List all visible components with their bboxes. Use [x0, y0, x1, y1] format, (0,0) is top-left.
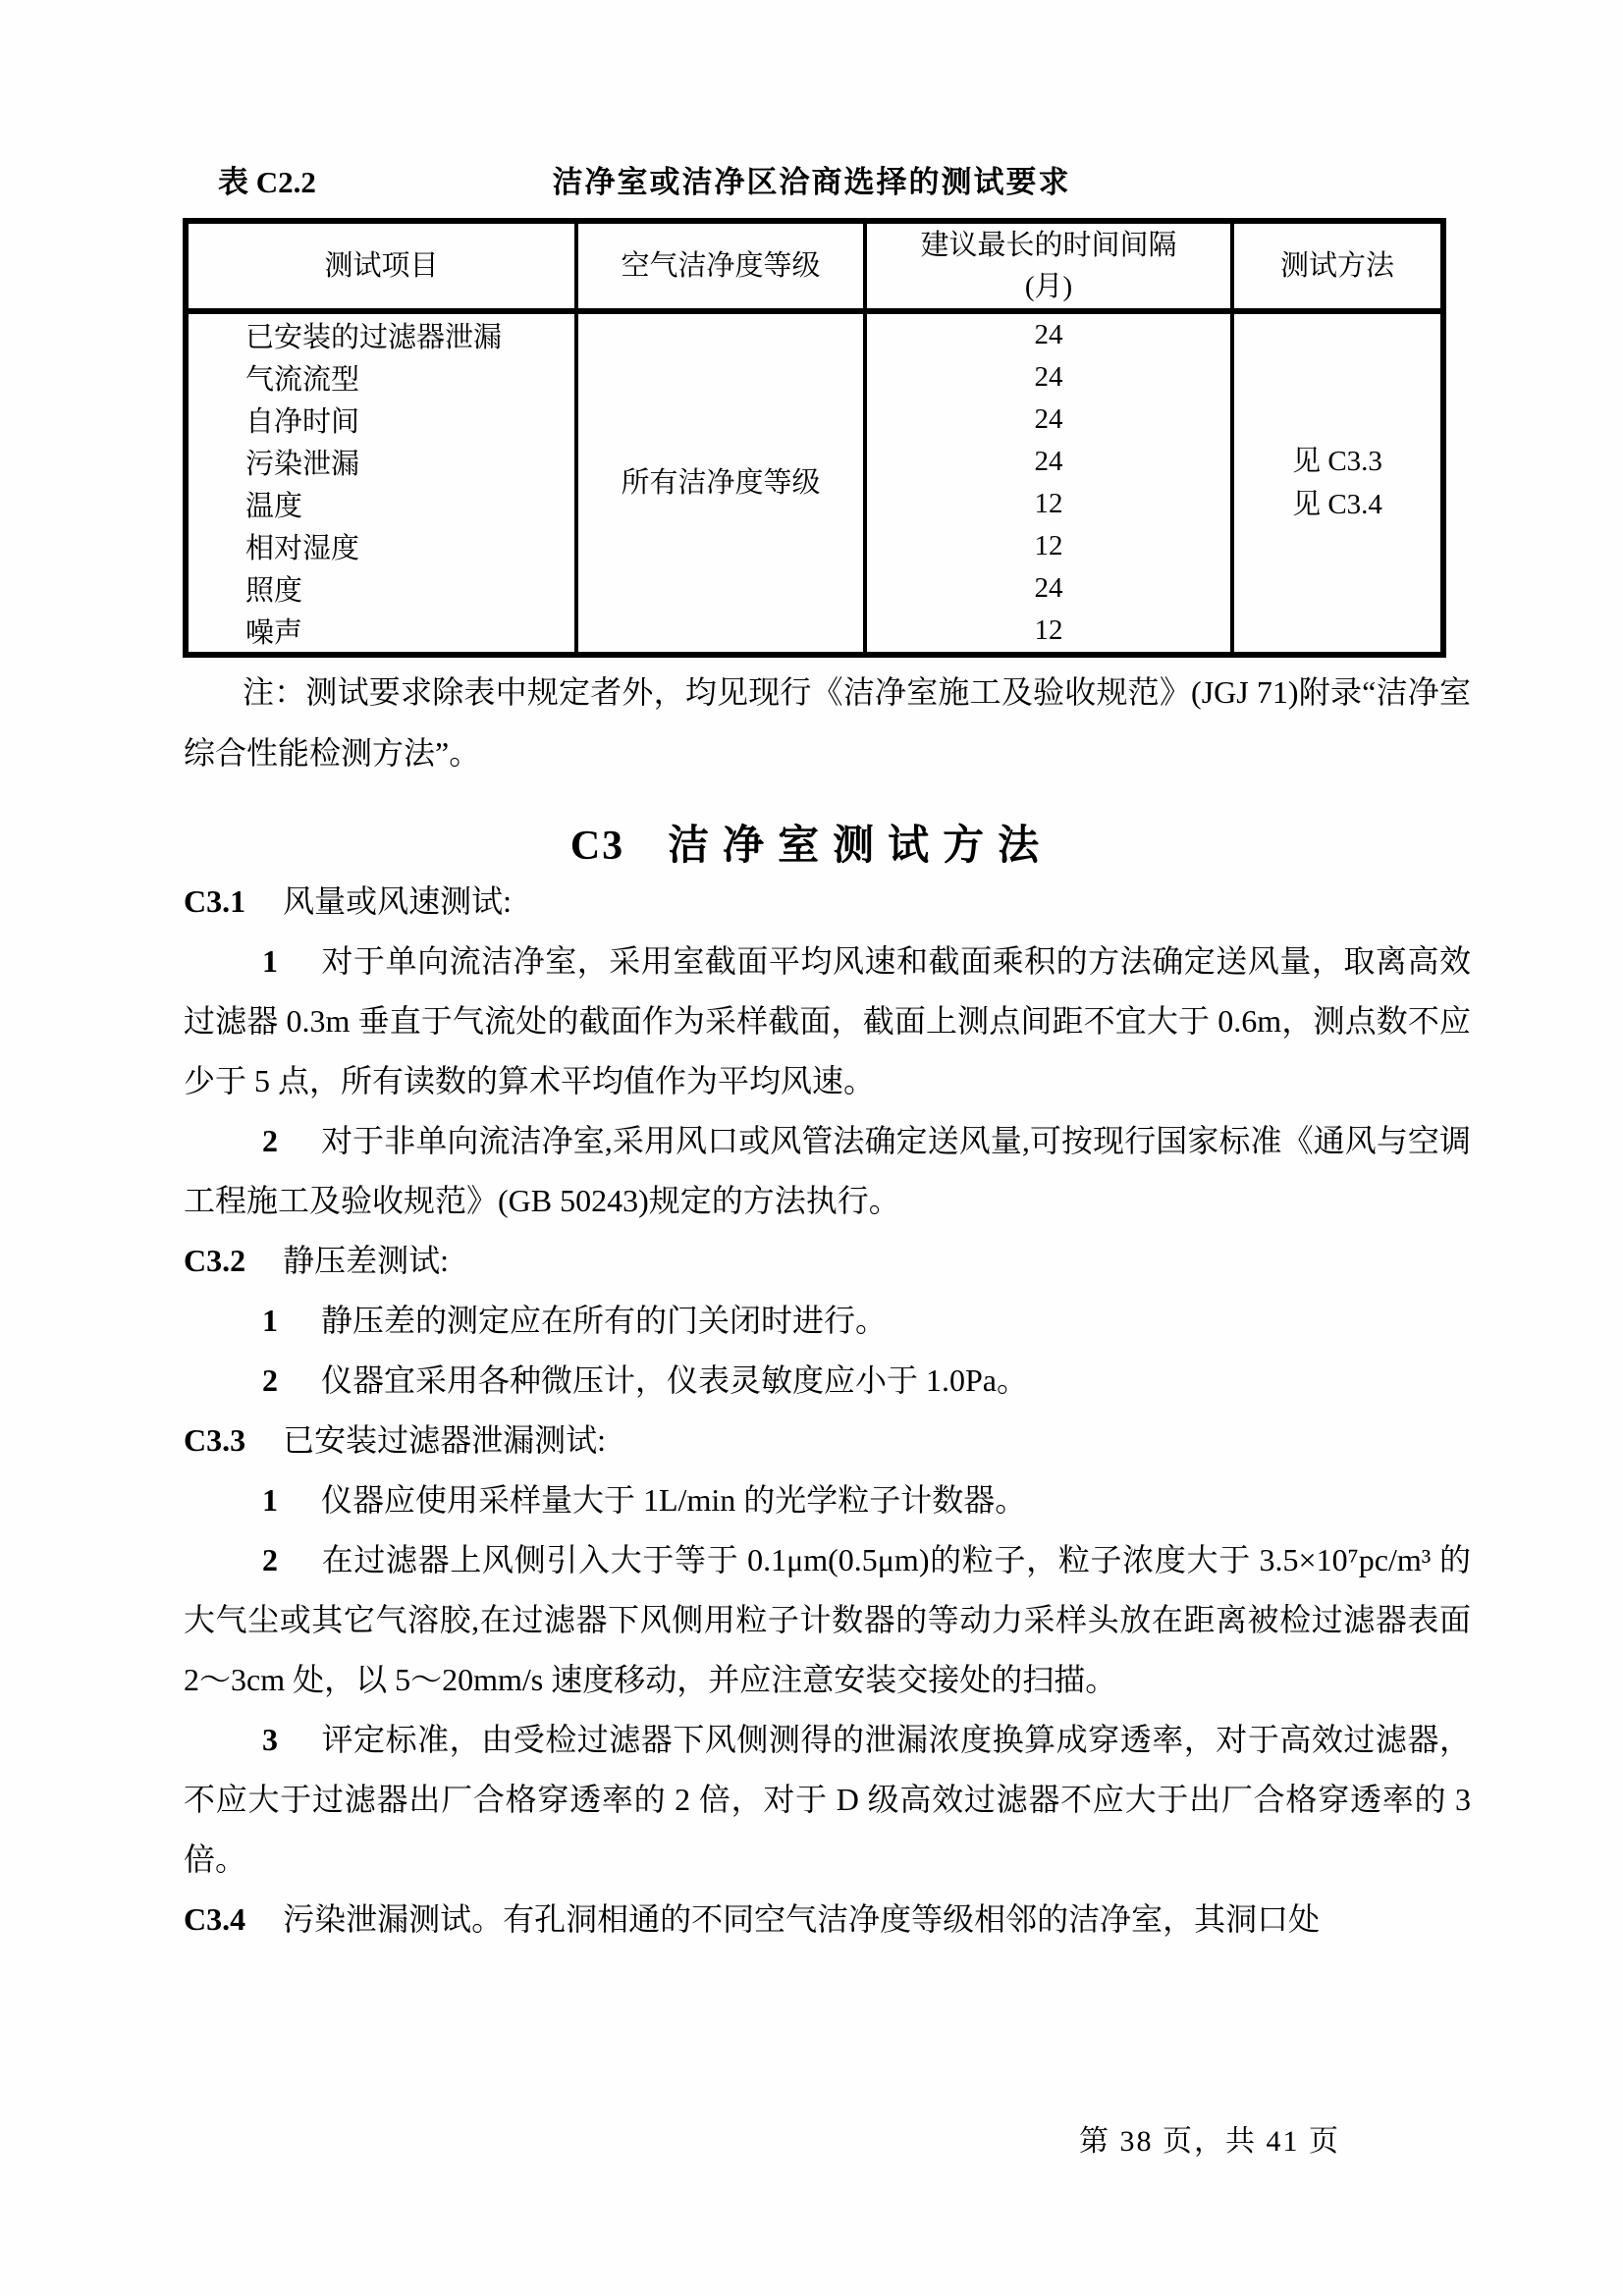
cell-interval: 12 [865, 525, 1232, 567]
paragraph-label: C3.1 [184, 883, 245, 919]
table-title: 洁净室或洁净区洽商选择的测试要求 [183, 157, 1440, 201]
cell-item: 相对湿度 [186, 525, 576, 567]
paragraph-label: 1 [262, 1303, 278, 1338]
paragraph-text: 仪器宜采用各种微压计，仪表灵敏度应小于 1.0Pa。 [321, 1362, 1028, 1398]
section-number: C3 [570, 824, 624, 869]
cell-method: 见 C3.3 见 C3.4 [1232, 311, 1443, 655]
paragraph-text: 仪器应使用采样量大于 1L/min 的光学粒子计数器。 [321, 1482, 1026, 1518]
cell-interval: 24 [865, 311, 1232, 356]
header-max-interval: 建议最长的时间间隔 (月) [865, 221, 1232, 311]
paragraph-c3-4: C3.4污染泄漏测试。有孔洞相通的不同空气洁净度等级相邻的洁净室，其洞口处 [184, 1890, 1471, 1949]
cell-item: 污染泄漏 [186, 441, 576, 483]
paragraph-text: 风量或风速测试: [283, 883, 512, 919]
paragraph-c3-2-1: 1静压差的测定应在所有的门关闭时进行。 [184, 1291, 1471, 1351]
paragraph-text: 对于非单向流洁净室,采用风口或风管法确定送风量,可按现行国家标准《通风与空调工程… [184, 1123, 1471, 1218]
paragraph-label: C3.3 [184, 1422, 245, 1458]
page-number: 第 38 页，共 41 页 [1079, 2116, 1340, 2160]
cell-item: 噪声 [186, 610, 576, 655]
paragraph-label: C3.4 [184, 1901, 245, 1937]
test-requirements-table: 测试项目 空气洁净度等级 建议最长的时间间隔 (月) 测试方法 已安装的过滤器泄… [183, 218, 1446, 658]
cell-cleanliness-class: 所有洁净度等级 [576, 311, 865, 655]
cell-interval: 24 [865, 399, 1232, 441]
cell-interval: 12 [865, 610, 1232, 655]
paragraph-c3-1-1: 1对于单向流洁净室，采用室截面平均风速和截面乘积的方法确定送风量，取离高效过滤器… [184, 932, 1471, 1111]
header-cleanliness-class: 空气洁净度等级 [576, 221, 865, 311]
cell-interval: 12 [865, 483, 1232, 525]
paragraph-c3-3: C3.3已安装过滤器泄漏测试: [184, 1411, 1471, 1470]
cell-item: 气流流型 [186, 356, 576, 399]
header-test-method: 测试方法 [1232, 221, 1443, 311]
table-row: 已安装的过滤器泄漏 所有洁净度等级 24 见 C3.3 见 C3.4 [186, 311, 1443, 356]
document-page: 表 C2.2 洁净室或洁净区洽商选择的测试要求 测试项目 空气洁净度等级 建议最… [0, 0, 1623, 2296]
paragraph-text: 对于单向流洁净室，采用室截面平均风速和截面乘积的方法确定送风量，取离高效过滤器 … [184, 943, 1471, 1098]
body-text: C3.1风量或风速测试: 1对于单向流洁净室，采用室截面平均风速和截面乘积的方法… [184, 872, 1471, 1949]
cell-interval: 24 [865, 567, 1232, 610]
paragraph-c3-1: C3.1风量或风速测试: [184, 872, 1471, 932]
paragraph-text: 评定标准，由受检过滤器下风侧测得的泄漏浓度换算成穿透率，对于高效过滤器，不应大于… [184, 1722, 1471, 1877]
cell-item: 已安装的过滤器泄漏 [186, 311, 576, 356]
paragraph-label: 1 [262, 1482, 278, 1518]
cell-item: 照度 [186, 567, 576, 610]
cell-interval: 24 [865, 356, 1232, 399]
cell-item: 温度 [186, 483, 576, 525]
paragraph-text: 静压差的测定应在所有的门关闭时进行。 [321, 1303, 887, 1338]
paragraph-label: 2 [262, 1542, 278, 1577]
section-heading: C3洁净室测试方法 [0, 813, 1623, 872]
header-max-interval-line2: (月) [867, 266, 1230, 307]
paragraph-label: 1 [262, 943, 278, 979]
table-note: 注：测试要求除表中规定者外，均见现行《洁净室施工及验收规范》(JGJ 71)附录… [184, 662, 1471, 783]
section-title: 洁净室测试方法 [668, 824, 1053, 869]
paragraph-c3-3-3: 3评定标准，由受检过滤器下风侧测得的泄漏浓度换算成穿透率，对于高效过滤器，不应大… [184, 1710, 1471, 1890]
paragraph-c3-1-2: 2对于非单向流洁净室,采用风口或风管法确定送风量,可按现行国家标准《通风与空调工… [184, 1111, 1471, 1231]
paragraph-label: 3 [262, 1722, 278, 1757]
paragraph-text: 静压差测试: [283, 1243, 449, 1278]
paragraph-c3-2: C3.2静压差测试: [184, 1231, 1471, 1291]
header-test-item: 测试项目 [186, 221, 576, 311]
method-ref-1: 见 C3.3 [1234, 440, 1440, 483]
header-max-interval-line1: 建议最长的时间间隔 [867, 225, 1230, 266]
cell-item: 自净时间 [186, 399, 576, 441]
paragraph-label: C3.2 [184, 1243, 245, 1278]
paragraph-c3-3-1: 1仪器应使用采样量大于 1L/min 的光学粒子计数器。 [184, 1470, 1471, 1530]
paragraph-text: 在过滤器上风侧引入大于等于 0.1μm(0.5μm)的粒子，粒子浓度大于 3.5… [184, 1542, 1471, 1697]
paragraph-text: 污染泄漏测试。有孔洞相通的不同空气洁净度等级相邻的洁净室，其洞口处 [283, 1901, 1320, 1937]
paragraph-c3-2-2: 2仪器宜采用各种微压计，仪表灵敏度应小于 1.0Pa。 [184, 1351, 1471, 1411]
paragraph-label: 2 [262, 1362, 278, 1398]
paragraph-label: 2 [262, 1123, 278, 1158]
cell-interval: 24 [865, 441, 1232, 483]
paragraph-text: 已安装过滤器泄漏测试: [283, 1422, 606, 1458]
table-header-row: 测试项目 空气洁净度等级 建议最长的时间间隔 (月) 测试方法 [186, 221, 1443, 311]
table-caption: 表 C2.2 洁净室或洁净区洽商选择的测试要求 [183, 157, 1440, 206]
method-ref-2: 见 C3.4 [1234, 483, 1440, 526]
paragraph-c3-3-2: 2在过滤器上风侧引入大于等于 0.1μm(0.5μm)的粒子，粒子浓度大于 3.… [184, 1530, 1471, 1710]
